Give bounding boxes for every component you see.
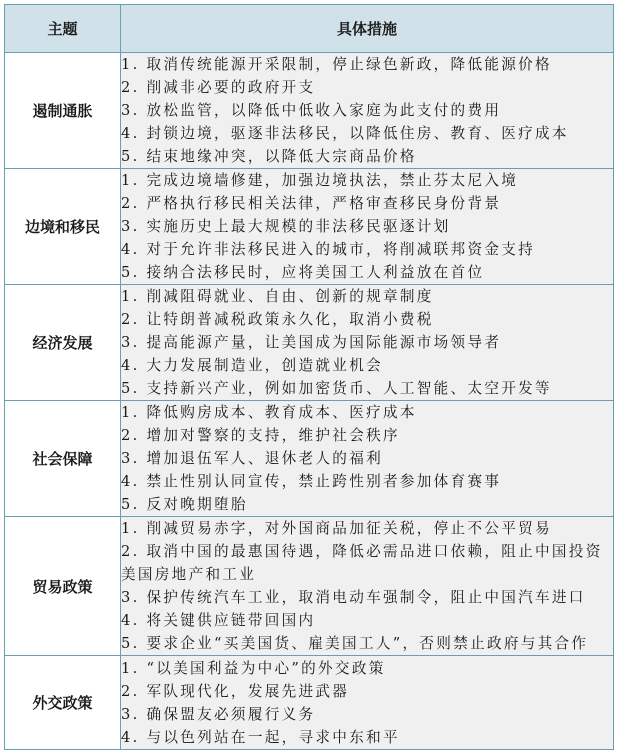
table-row-social-security: 社会保障 1. 降低购房成本、教育成本、医疗成本 2. 增加对警察的支持，维护社… [5,401,614,517]
topic-cell: 外交政策 [5,656,121,750]
topic-cell: 边境和移民 [5,169,121,285]
measures-cell: 1. 削减贸易赤字，对外国商品加征关税，停止不公平贸易 2. 取消中国的最惠国待… [121,517,614,656]
list-item: 2. 取消中国的最惠国待遇，降低必需品进口依赖，阻止中国投资美国房地产和工业 [121,540,613,586]
list-item: 2. 严格执行移民相关法律，严格审查移民身份背景 [121,192,613,215]
list-item: 1. 削减贸易赤字，对外国商品加征关税，停止不公平贸易 [121,517,613,540]
list-item: 2. 让特朗普减税政策永久化，取消小费税 [121,308,613,331]
header-topic: 主题 [5,5,121,53]
table-row-economy: 经济发展 1. 削减阻碍就业、自由、创新的规章制度 2. 让特朗普减税政策永久化… [5,285,614,401]
list-item: 1. 取消传统能源开采限制，停止绿色新政，降低能源价格 [121,53,613,76]
list-item: 4. 禁止性别认同宣传，禁止跨性别者参加体育赛事 [121,470,613,493]
topic-cell: 社会保障 [5,401,121,517]
table-row-foreign-policy: 外交政策 1. “以美国利益为中心”的外交政策 2. 军队现代化，发展先进武器 … [5,656,614,750]
table-row-trade: 贸易政策 1. 削减贸易赤字，对外国商品加征关税，停止不公平贸易 2. 取消中国… [5,517,614,656]
list-item: 5. 支持新兴产业，例如加密货币、人工智能、太空开发等 [121,377,613,400]
topic-cell: 遏制通胀 [5,53,121,169]
list-item: 3. 提高能源产量，让美国成为国际能源市场领导者 [121,331,613,354]
list-item: 3. 放松监管，以降低中低收入家庭为此支付的费用 [121,99,613,122]
measures-cell: 1. 降低购房成本、教育成本、医疗成本 2. 增加对警察的支持，维护社会秩序 3… [121,401,614,517]
list-item: 3. 实施历史上最大规模的非法移民驱逐计划 [121,215,613,238]
list-item: 2. 军队现代化，发展先进武器 [121,680,613,703]
list-item: 5. 结束地缘冲突，以降低大宗商品价格 [121,145,613,168]
list-item: 2. 削减非必要的政府开支 [121,76,613,99]
policy-table: 主题 具体措施 遏制通胀 1. 取消传统能源开采限制，停止绿色新政，降低能源价格… [4,4,614,750]
list-item: 5. 要求企业“买美国货、雇美国工人”，否则禁止政府与其合作 [121,632,613,655]
table-row-inflation: 遏制通胀 1. 取消传统能源开采限制，停止绿色新政，降低能源价格 2. 削减非必… [5,53,614,169]
measures-cell: 1. “以美国利益为中心”的外交政策 2. 军队现代化，发展先进武器 3. 确保… [121,656,614,750]
list-item: 4. 对于允许非法移民进入的城市，将削减联邦资金支持 [121,238,613,261]
measures-cell: 1. 完成边境墙修建，加强边境执法，禁止芬太尼入境 2. 严格执行移民相关法律，… [121,169,614,285]
header-row: 主题 具体措施 [5,5,614,53]
table-row-border-immigration: 边境和移民 1. 完成边境墙修建，加强边境执法，禁止芬太尼入境 2. 严格执行移… [5,169,614,285]
header-measures: 具体措施 [121,5,614,53]
list-item: 3. 增加退伍军人、退休老人的福利 [121,447,613,470]
list-item: 5. 接纳合法移民时，应将美国工人利益放在首位 [121,261,613,284]
list-item: 4. 大力发展制造业，创造就业机会 [121,354,613,377]
list-item: 3. 确保盟友必须履行义务 [121,703,613,726]
list-item: 1. “以美国利益为中心”的外交政策 [121,657,613,680]
list-item: 1. 完成边境墙修建，加强边境执法，禁止芬太尼入境 [121,169,613,192]
list-item: 4. 将关键供应链带回国内 [121,609,613,632]
measures-cell: 1. 取消传统能源开采限制，停止绿色新政，降低能源价格 2. 削减非必要的政府开… [121,53,614,169]
measures-cell: 1. 削减阻碍就业、自由、创新的规章制度 2. 让特朗普减税政策永久化，取消小费… [121,285,614,401]
list-item: 5. 反对晚期堕胎 [121,493,613,516]
topic-cell: 贸易政策 [5,517,121,656]
list-item: 1. 降低购房成本、教育成本、医疗成本 [121,401,613,424]
list-item: 1. 削减阻碍就业、自由、创新的规章制度 [121,285,613,308]
list-item: 3. 保护传统汽车工业，取消电动车强制令，阻止中国汽车进口 [121,586,613,609]
list-item: 4. 封锁边境，驱逐非法移民，以降低住房、教育、医疗成本 [121,122,613,145]
topic-cell: 经济发展 [5,285,121,401]
list-item: 2. 增加对警察的支持，维护社会秩序 [121,424,613,447]
list-item: 4. 与以色列站在一起，寻求中东和平 [121,726,613,749]
